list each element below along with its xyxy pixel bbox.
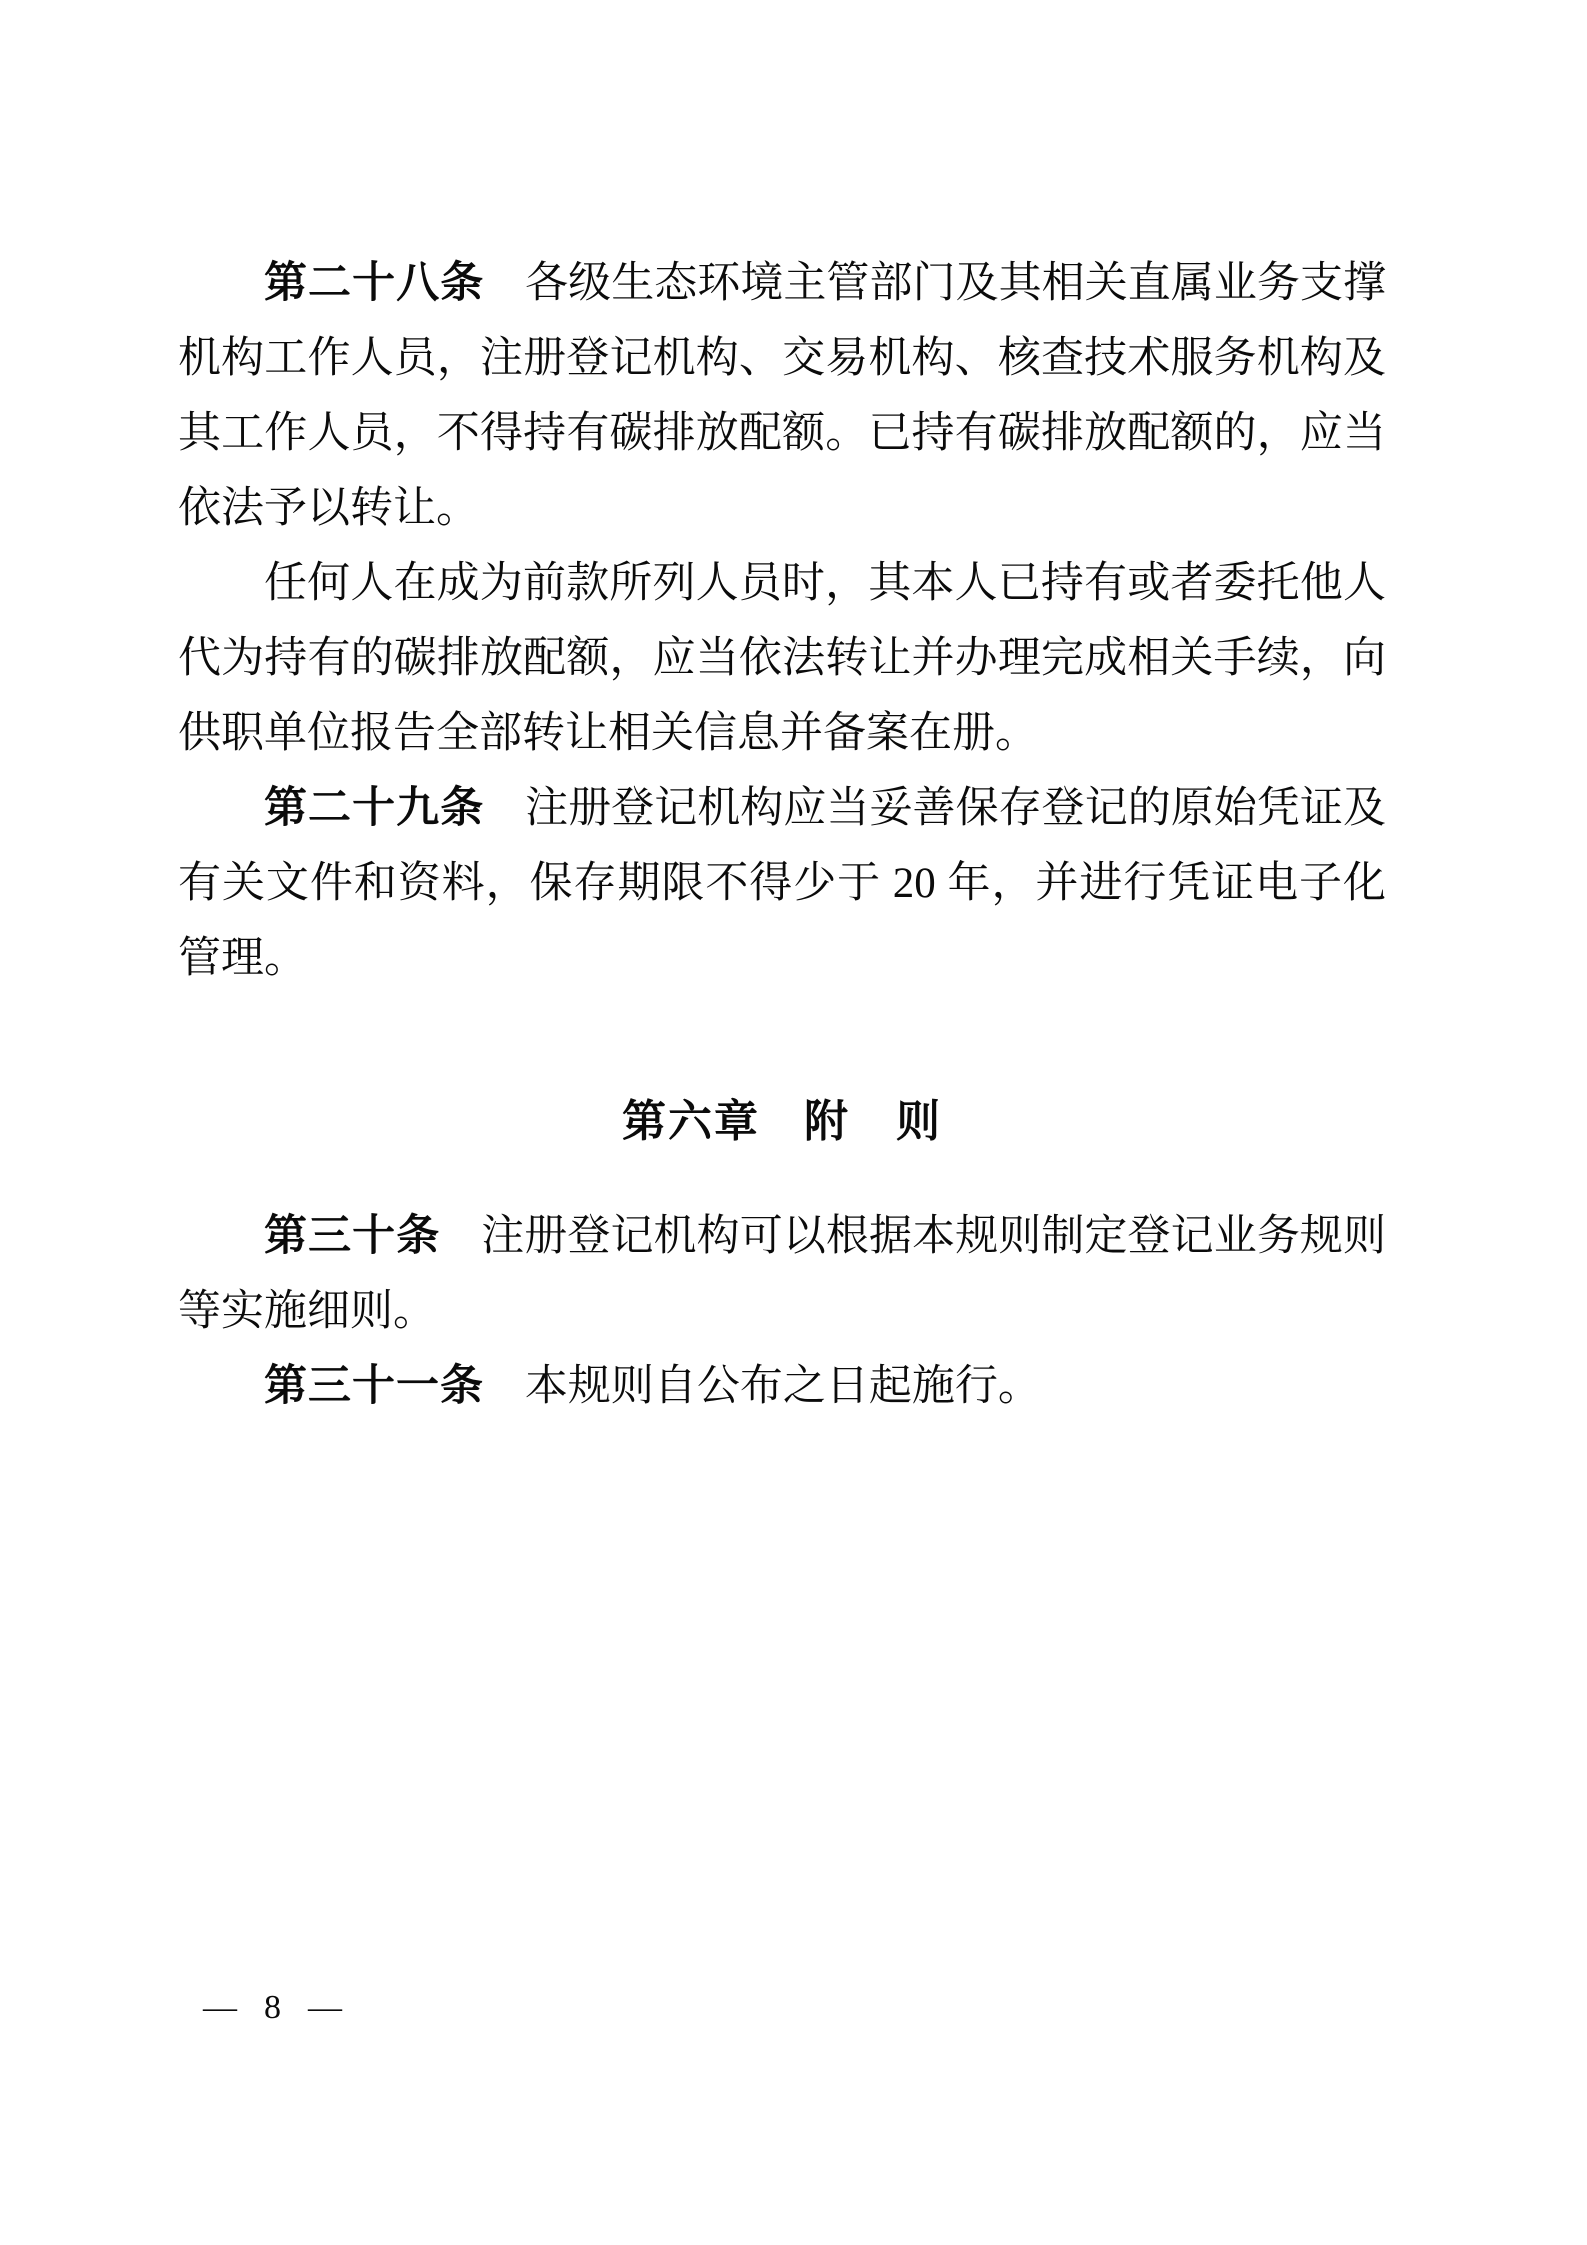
page-number-value: 8	[264, 1988, 281, 2028]
article-29-paragraph: 第二十九条注册登记机构应当妥善保存登记的原始凭证及有关文件和资料，保存期限不得少…	[178, 771, 1386, 996]
article-30-label: 第三十条	[264, 1212, 440, 1260]
page-number-right-dash: —	[308, 1988, 342, 2028]
chapter-heading: 第六章附 则	[178, 1084, 1386, 1159]
article-28-label: 第二十八条	[264, 259, 484, 307]
article-28-continuation-paragraph: 任何人在成为前款所列人员时，其本人已持有或者委托他人代为持有的碳排放配额，应当依…	[178, 546, 1386, 771]
article-29-label: 第二十九条	[264, 784, 484, 832]
article-30-paragraph: 第三十条注册登记机构可以根据本规则制定登记业务规则等实施细则。	[178, 1199, 1386, 1349]
chapter-number: 第六章	[622, 1097, 760, 1146]
article-31-paragraph: 第三十一条本规则自公布之日起施行。	[178, 1349, 1386, 1424]
article-28-paragraph: 第二十八条各级生态环境主管部门及其相关直属业务支撑机构工作人员，注册登记机构、交…	[178, 246, 1386, 546]
page-number-left-dash: —	[203, 1988, 237, 2028]
document-body: 第二十八条各级生态环境主管部门及其相关直属业务支撑机构工作人员，注册登记机构、交…	[178, 246, 1386, 1424]
document-page: 第二十八条各级生态环境主管部门及其相关直属业务支撑机构工作人员，注册登记机构、交…	[0, 0, 1587, 2245]
chapter-title: 附 则	[804, 1097, 942, 1146]
article-31-label: 第三十一条	[264, 1362, 484, 1410]
article-31-text: 本规则自公布之日起施行。	[525, 1363, 1041, 1410]
article-28-continuation-text: 任何人在成为前款所列人员时，其本人已持有或者委托他人代为持有的碳排放配额，应当依…	[178, 560, 1386, 757]
page-number: — 8 —	[203, 1988, 342, 2028]
